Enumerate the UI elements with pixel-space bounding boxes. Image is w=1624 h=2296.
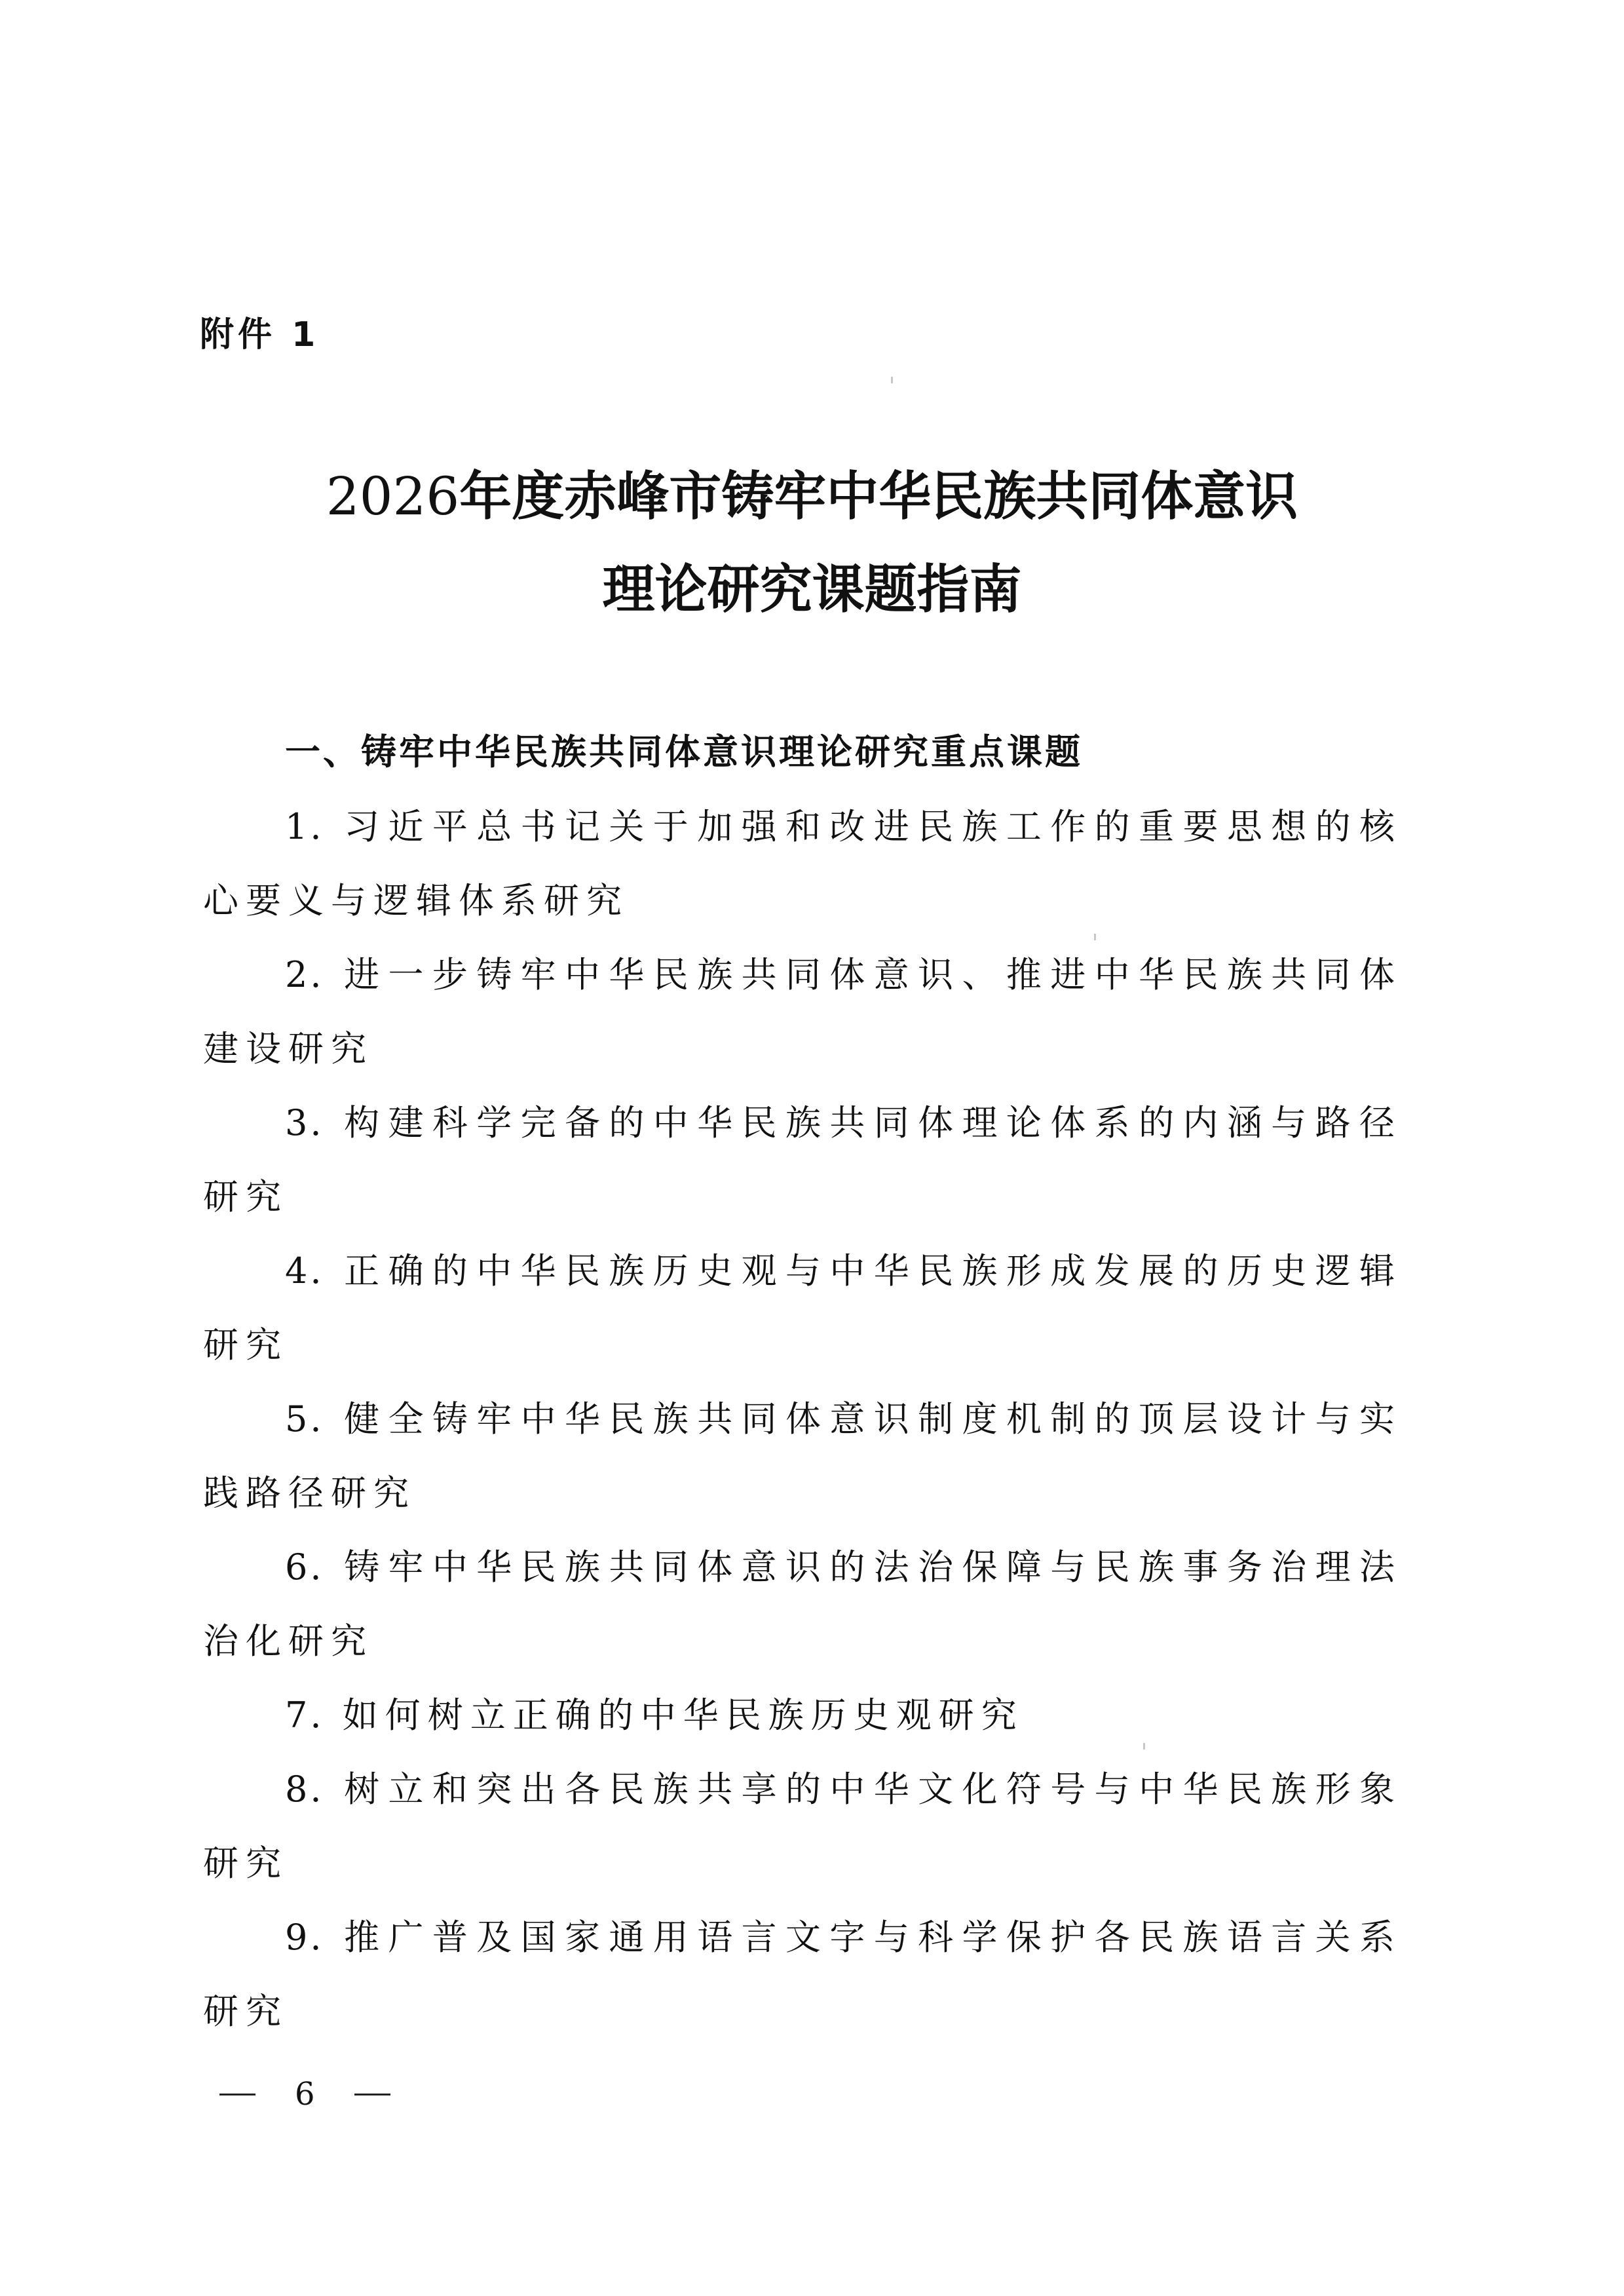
title-line-1-text: 年度赤峰市铸牢中华民族共同体意识 <box>459 466 1298 527</box>
topic-item: 5. 健全铸牢中华民族共同体意识制度机制的顶层设计与实践路径研究 <box>203 1382 1402 1530</box>
section-heading: 一、铸牢中华民族共同体意识理论研究重点课题 <box>285 724 1083 775</box>
topic-text: 推广普及国家通用语言文字与科学保护各民族语言关系研究 <box>203 1917 1402 2032</box>
topic-number: 2. <box>285 954 324 995</box>
topic-list: 1. 习近平总书记关于加强和改进民族工作的重要思想的核心要义与逻辑体系研究 2.… <box>203 790 1402 2048</box>
topic-item: 9. 推广普及国家通用语言文字与科学保护各民族语言关系研究 <box>203 1900 1402 2048</box>
topic-number: 8. <box>285 1769 324 1810</box>
topic-text: 铸牢中华民族共同体意识的法治保障与民族事务治理法治化研究 <box>203 1546 1402 1662</box>
topic-number: 1. <box>285 806 324 847</box>
topic-item: 8. 树立和突出各民族共享的中华文化符号与中华民族形象研究 <box>203 1752 1402 1900</box>
document-page: 附件 1 2026年度赤峰市铸牢中华民族共同体意识 理论研究课题指南 一、铸牢中… <box>0 0 1624 2296</box>
topic-item: 1. 习近平总书记关于加强和改进民族工作的重要思想的核心要义与逻辑体系研究 <box>203 790 1402 938</box>
page-footer: 6 <box>219 2076 390 2113</box>
topic-number: 4. <box>285 1250 324 1291</box>
topic-item: 3. 构建科学完备的中华民族共同体理论体系的内涵与路径研究 <box>203 1086 1402 1234</box>
topic-item: 4. 正确的中华民族历史观与中华民族形成发展的历史逻辑研究 <box>203 1234 1402 1382</box>
topic-item: 2. 进一步铸牢中华民族共同体意识、推进中华民族共同体建设研究 <box>203 938 1402 1086</box>
scan-artifact <box>1094 934 1096 940</box>
topic-text: 树立和突出各民族共享的中华文化符号与中华民族形象研究 <box>203 1769 1402 1884</box>
topic-number: 6. <box>285 1546 324 1588</box>
footer-dash-right <box>354 2094 390 2095</box>
document-title-line-1: 2026年度赤峰市铸牢中华民族共同体意识 <box>0 470 1624 523</box>
page-number: 6 <box>295 2076 315 2113</box>
topic-text: 习近平总书记关于加强和改进民族工作的重要思想的核心要义与逻辑体系研究 <box>203 806 1402 921</box>
scan-artifact <box>891 377 893 383</box>
title-year: 2026 <box>326 466 460 527</box>
attachment-label: 附件 1 <box>200 307 319 356</box>
topic-number: 5. <box>285 1398 324 1440</box>
document-title-line-2: 理论研究课题指南 <box>0 564 1624 616</box>
topic-number: 9. <box>285 1917 324 1958</box>
topic-text: 进一步铸牢中华民族共同体意识、推进中华民族共同体建设研究 <box>203 954 1402 1069</box>
topic-text: 如何树立正确的中华民族历史观研究 <box>343 1694 1024 1736</box>
topic-item: 6. 铸牢中华民族共同体意识的法治保障与民族事务治理法治化研究 <box>203 1530 1402 1678</box>
topic-number: 3. <box>285 1102 324 1143</box>
footer-dash-left <box>219 2094 255 2095</box>
topic-text: 构建科学完备的中华民族共同体理论体系的内涵与路径研究 <box>203 1102 1402 1217</box>
topic-number: 7. <box>285 1694 324 1736</box>
scan-artifact <box>1143 1743 1145 1750</box>
topic-item: 7. 如何树立正确的中华民族历史观研究 <box>203 1678 1402 1752</box>
topic-text: 健全铸牢中华民族共同体意识制度机制的顶层设计与实践路径研究 <box>203 1398 1402 1514</box>
topic-text: 正确的中华民族历史观与中华民族形成发展的历史逻辑研究 <box>203 1250 1402 1366</box>
